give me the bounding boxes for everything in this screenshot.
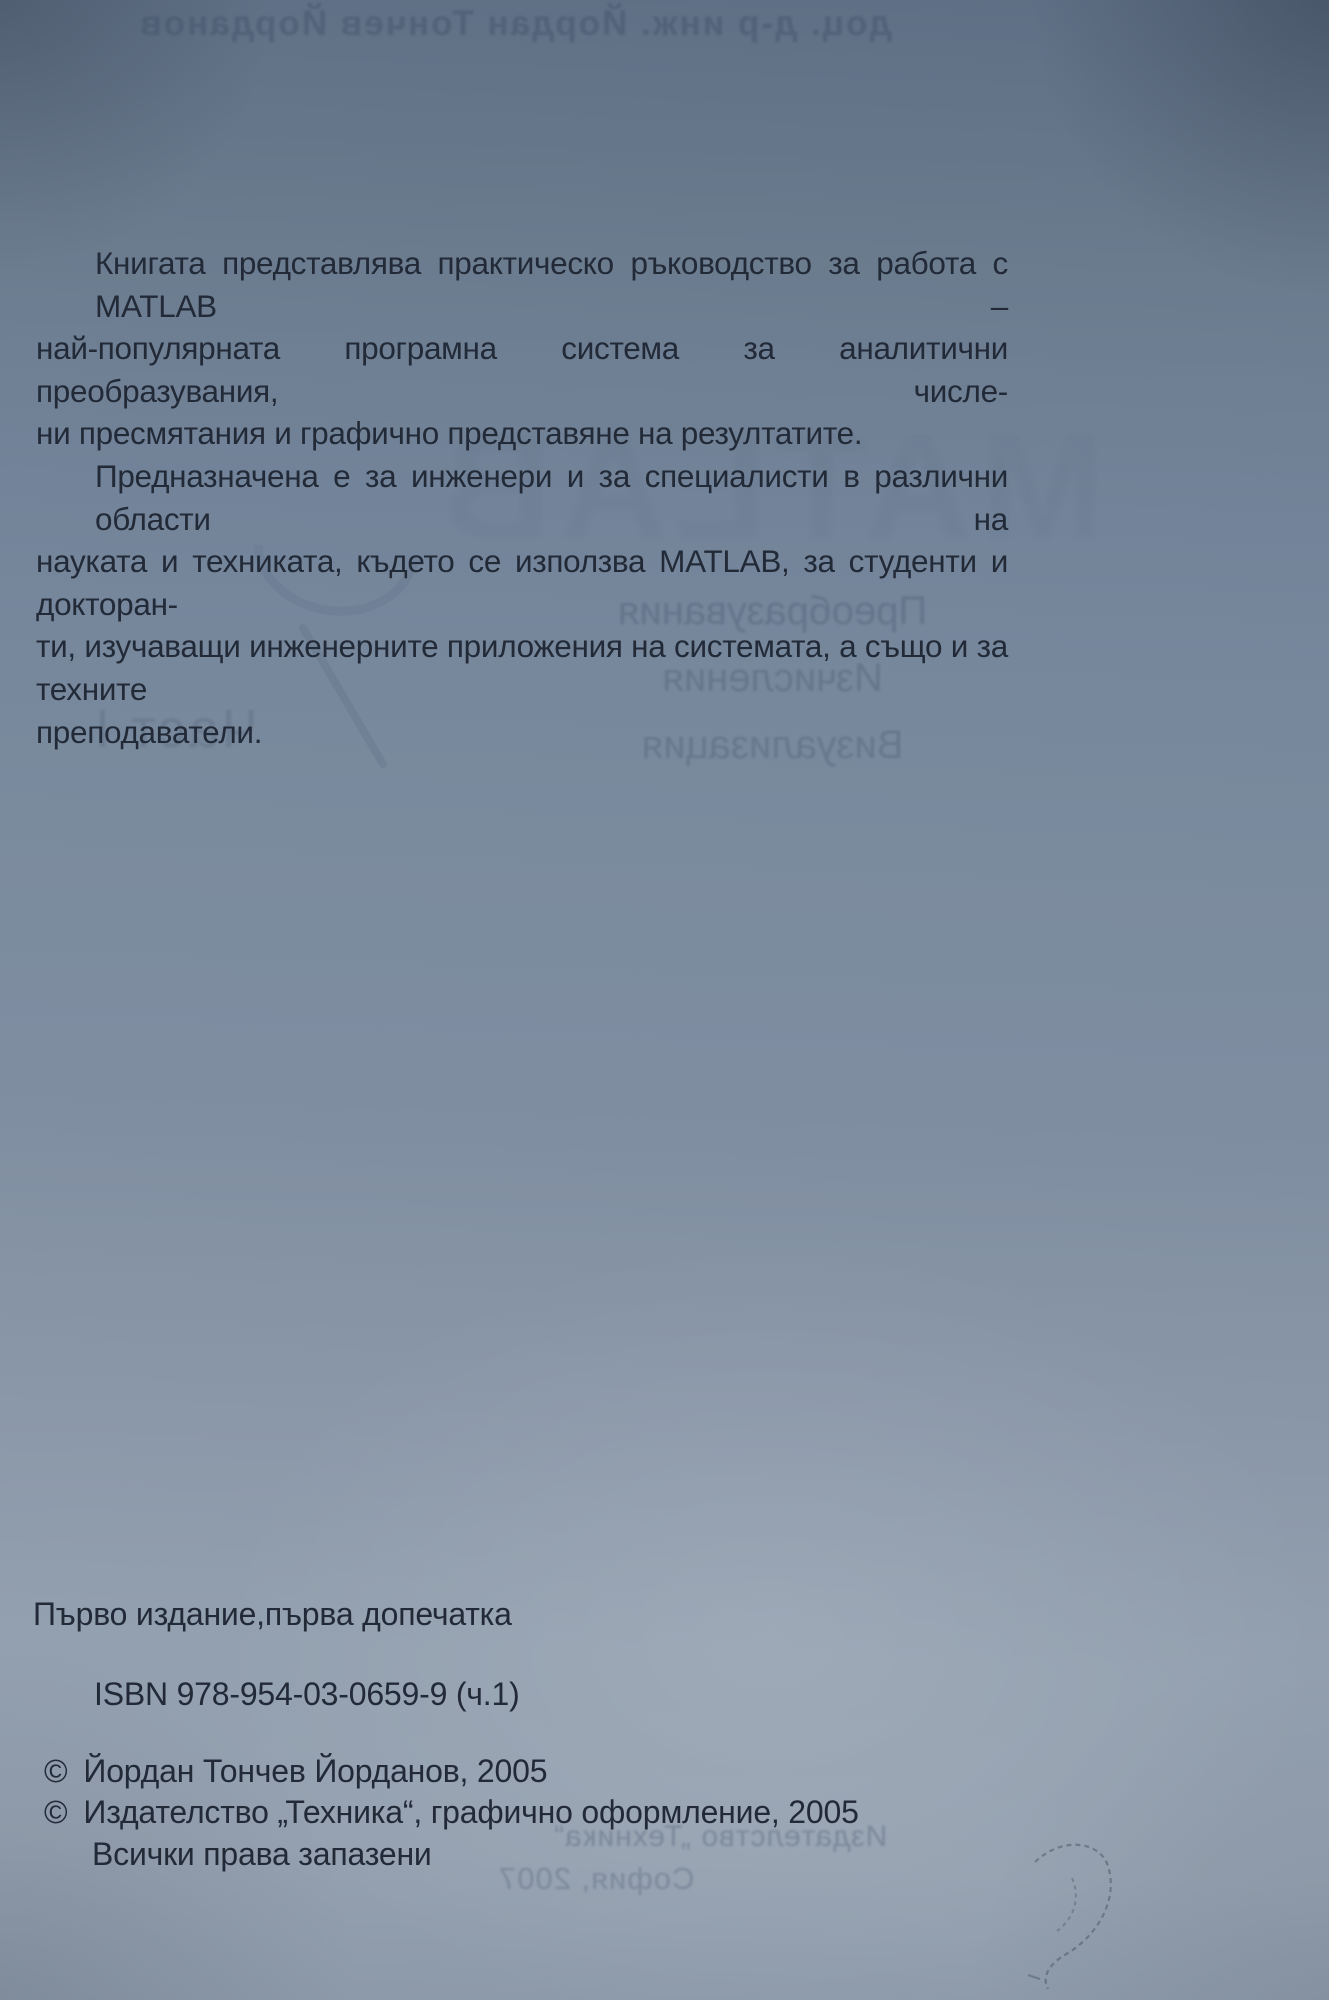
text-line: ти, изучаващи инженерните приложения на … [36, 625, 1008, 710]
rights-line: Всички права запазени [92, 1836, 432, 1873]
copyright-symbol: © [44, 1794, 67, 1831]
text-line: най-популярната програмна система за ана… [36, 327, 1008, 412]
text-line: преподаватели. [36, 711, 1008, 754]
text-line: Книгата представлява практическо ръковод… [36, 242, 1008, 327]
copyright-symbol: © [44, 1753, 67, 1790]
copyright-line-author: ©Йордан Тончев Йорданов, 2005 [44, 1753, 547, 1790]
edition-line: Първо издание,първа допечатка [33, 1596, 512, 1633]
body-text: Книгата представлява практическо ръковод… [36, 242, 1008, 753]
copyright-line-publisher: ©Издателство „Техника“, графично оформле… [44, 1794, 859, 1831]
isbn-line: ISBN 978-954-03-0659-9 (ч.1) [94, 1676, 520, 1713]
copyright-publisher-text: Издателство „Техника“, графично оформлен… [83, 1794, 858, 1830]
text-line: ни пресмятания и графично представяне на… [36, 412, 1008, 455]
text-line: науката и техниката, където се използва … [36, 540, 1008, 625]
book-copyright-page-photo: доц. д-р инж. Йордан Тончев Йорданов MAT… [0, 0, 1329, 2000]
text-line: Предназначена е за инженери и за специал… [36, 455, 1008, 540]
pencil-squiggle [1028, 1845, 1111, 1989]
showthrough-city-year: София, 2007 [498, 1861, 694, 1897]
copyright-author-text: Йордан Тончев Йорданов, 2005 [83, 1753, 547, 1789]
showthrough-author-line: доц. д-р инж. Йордан Тончев Йорданов [70, 4, 960, 44]
